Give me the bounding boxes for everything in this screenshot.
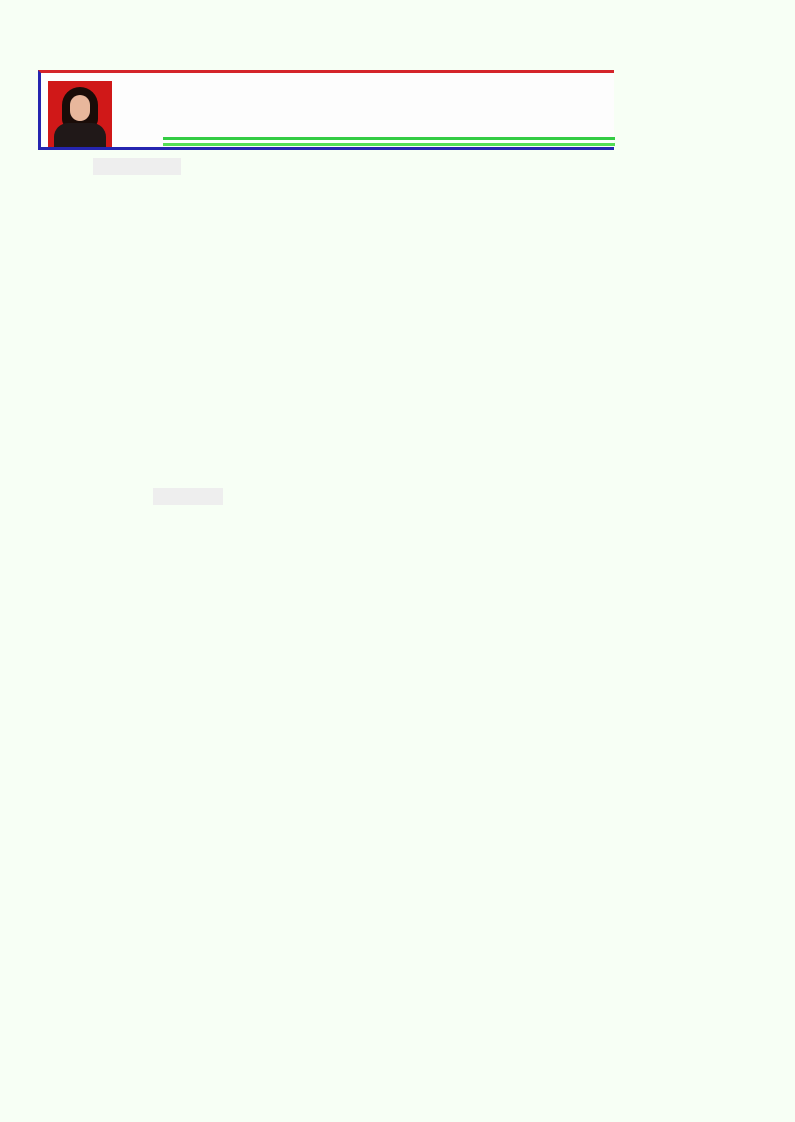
- banner: [38, 70, 614, 150]
- banner-divider: [163, 137, 615, 140]
- portrait-face: [70, 95, 90, 121]
- redacted-block: [93, 158, 181, 175]
- intro-line-1: [93, 158, 191, 175]
- redacted-block: [153, 488, 223, 505]
- portrait-body: [54, 123, 106, 147]
- yaomo-line: [153, 488, 223, 505]
- portrait-image: [48, 81, 112, 147]
- banner-divider: [163, 143, 615, 146]
